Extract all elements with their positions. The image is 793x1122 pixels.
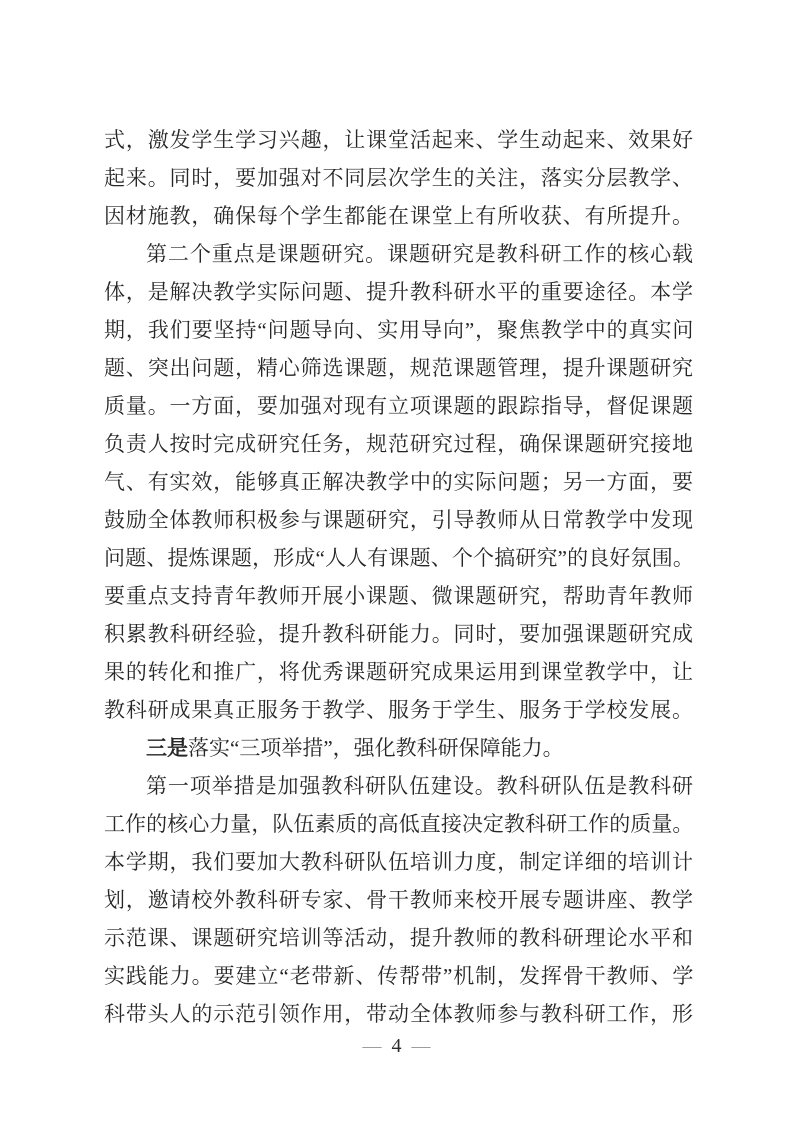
page-number-value: 4 <box>392 1035 402 1057</box>
section-heading: 三是落实“三项举措”，强化教科研保障能力。 <box>104 729 693 767</box>
page-number-dash-left: — <box>363 1036 382 1057</box>
body-line: 积累教科研经验，提升教科研能力。同时，要加强课题研究成 <box>104 615 693 653</box>
body-line: 要重点支持青年教师开展小课题、微课题研究，帮助青年教师 <box>104 577 693 615</box>
page-number: —4— <box>0 1030 793 1062</box>
body-line: 鼓励全体教师积极参与课题研究，引导教师从日常教学中发现 <box>104 501 693 539</box>
section-heading-number: 三是 <box>146 736 188 760</box>
body-line: 教科研成果真正服务于教学、服务于学生、服务于学校发展。 <box>104 691 693 729</box>
document-body: 式，激发学生学习兴趣，让课堂活起来、学生动起来、效果好 起来。同时，要加强对不同… <box>104 121 693 1033</box>
body-line: 题、突出问题，精心筛选课题，规范课题管理，提升课题研究 <box>104 349 693 387</box>
body-line: 划，邀请校外教科研专家、骨干教师来校开展专题讲座、教学 <box>104 881 693 919</box>
page-number-dash-right: — <box>412 1036 431 1057</box>
body-line: 起来。同时，要加强对不同层次学生的关注，落实分层教学、 <box>104 159 693 197</box>
body-line: 负责人按时完成研究任务，规范研究过程，确保课题研究接地 <box>104 425 693 463</box>
body-line: 体，是解决教学实际问题、提升教科研水平的重要途径。本学 <box>104 273 693 311</box>
body-line: 工作的核心力量，队伍素质的高低直接决定教科研工作的质量。 <box>104 805 693 843</box>
body-line: 期，我们要坚持“问题导向、实用导向”，聚焦教学中的真实问 <box>104 311 693 349</box>
body-line: 气、有实效，能够真正解决教学中的实际问题；另一方面，要 <box>104 463 693 501</box>
body-line: 本学期，我们要加大教科研队伍培训力度，制定详细的培训计 <box>104 843 693 881</box>
body-line: 果的转化和推广，将优秀课题研究成果运用到课堂教学中，让 <box>104 653 693 691</box>
body-line: 因材施教，确保每个学生都能在课堂上有所收获、有所提升。 <box>104 197 693 235</box>
body-line: 问题、提炼课题，形成“人人有课题、个个搞研究”的良好氛围。 <box>104 539 693 577</box>
body-line: 第一项举措是加强教科研队伍建设。教科研队伍是教科研 <box>104 767 693 805</box>
body-line: 第二个重点是课题研究。课题研究是教科研工作的核心载 <box>104 235 693 273</box>
body-line: 科带头人的示范引领作用，带动全体教师参与教科研工作，形 <box>104 995 693 1033</box>
document-page: 式，激发学生学习兴趣，让课堂活起来、学生动起来、效果好 起来。同时，要加强对不同… <box>0 0 793 1122</box>
section-heading-text: 落实“三项举措”，强化教科研保障能力。 <box>188 736 564 760</box>
body-line: 示范课、课题研究培训等活动，提升教师的教科研理论水平和 <box>104 919 693 957</box>
body-line: 式，激发学生学习兴趣，让课堂活起来、学生动起来、效果好 <box>104 121 693 159</box>
body-line: 质量。一方面，要加强对现有立项课题的跟踪指导，督促课题 <box>104 387 693 425</box>
body-line: 实践能力。要建立“老带新、传帮带”机制，发挥骨干教师、学 <box>104 957 693 995</box>
